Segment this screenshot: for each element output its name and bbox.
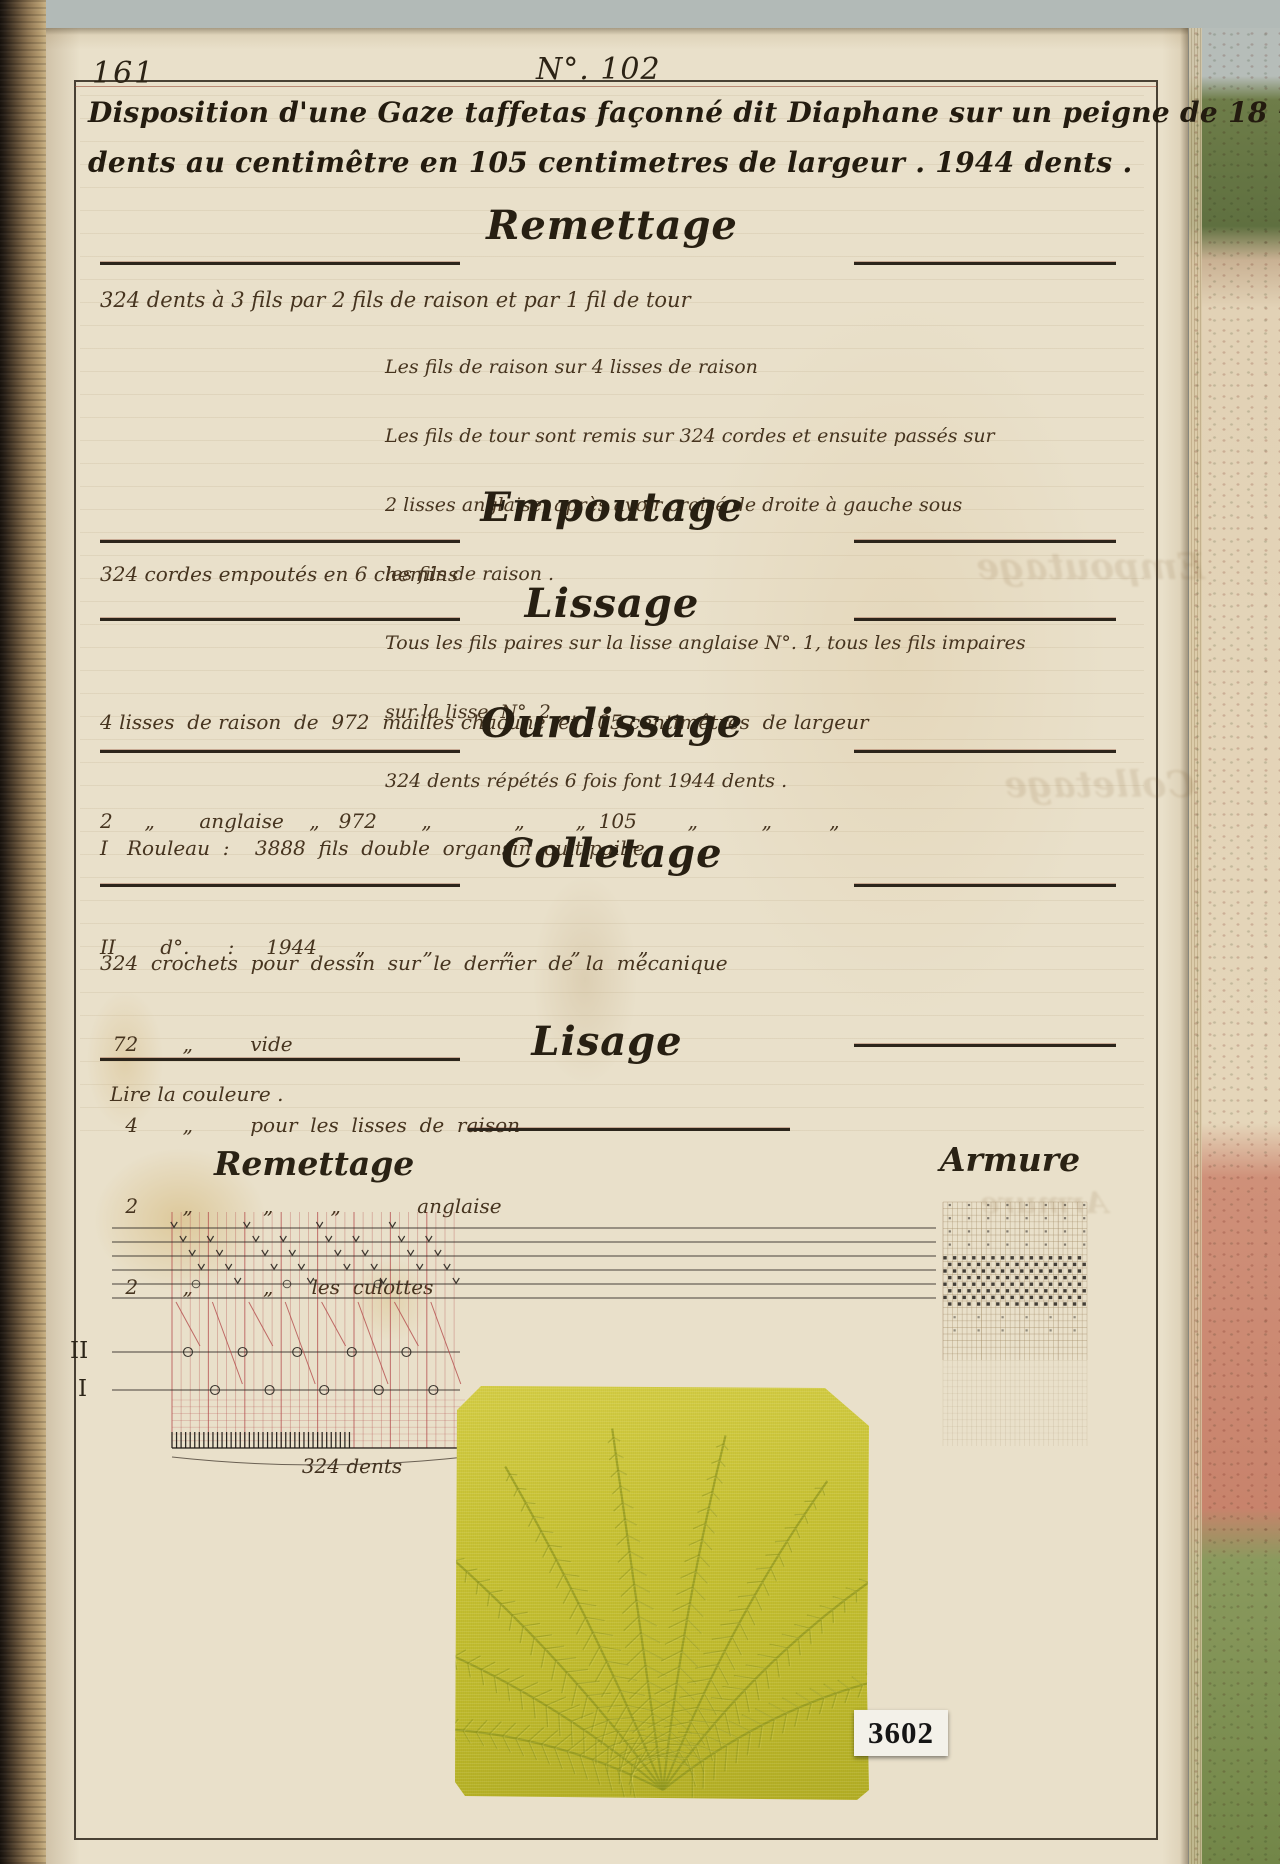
- draft-diagram-label: Remettage: [214, 1144, 414, 1183]
- manuscript-line: 324 crochets pour dessin sur le derrier …: [100, 950, 728, 977]
- section-rule: [854, 618, 1116, 621]
- dents-count-label: 324 dents: [252, 1454, 452, 1478]
- inventory-tag: 3602: [854, 1710, 948, 1756]
- section-heading-colletage: Colletage: [382, 830, 842, 877]
- section-rule: [854, 750, 1116, 753]
- section-rule: [100, 884, 460, 887]
- section-heading-empoutage: Empoutage: [382, 484, 842, 531]
- section-rule: [100, 750, 460, 753]
- section-heading-remettage: Remettage: [382, 202, 842, 249]
- manuscript-line: 4 „ pour les lisses de raison: [100, 1112, 728, 1139]
- lisse-anglaise-ii-label: II: [70, 1338, 88, 1364]
- section-rule: [100, 618, 460, 621]
- section-rule: [854, 262, 1116, 265]
- page-top-shadow: [46, 28, 1188, 35]
- book-gutter: [0, 0, 46, 1864]
- folio-number: 161: [92, 56, 155, 91]
- section-rule: [100, 1058, 460, 1061]
- fabric-weave-texture: [455, 1386, 869, 1800]
- manuscript-line: Les fils de tour sont remis sur 324 cord…: [385, 425, 1026, 448]
- page-title-line-2: dents au centimêtre en 105 centimetres d…: [88, 146, 1133, 179]
- section-rule: [854, 1044, 1116, 1047]
- section-rule: [100, 262, 460, 265]
- remettage-intro-line: 324 dents à 3 fils par 2 fils de raison …: [100, 288, 691, 312]
- section-rule: [100, 540, 460, 543]
- armure-diagram: [935, 1198, 1105, 1453]
- book-scan: Empoutage Colletage Armure 161 N°. 102 D…: [0, 0, 1280, 1864]
- section-rule: [854, 540, 1116, 543]
- pattern-number: N°. 102: [536, 52, 661, 87]
- fabric-swatch: [455, 1386, 869, 1800]
- section-heading-ourdissage: Ourdissage: [382, 700, 842, 747]
- section-rule: [854, 884, 1116, 887]
- manuscript-line: Les fils de raison sur 4 lisses de raiso…: [385, 356, 1026, 379]
- page-edge-shadow: [1180, 28, 1189, 1864]
- section-rule: [468, 1128, 790, 1131]
- page-title-line-1: Disposition d'une Gaze taffetas façonné …: [88, 96, 1280, 129]
- lisse-anglaise-i-label: I: [78, 1376, 87, 1402]
- book-fore-edge: [1189, 28, 1280, 1864]
- armure-diagram-label: Armure: [924, 1140, 1096, 1179]
- lisage-line: Lire la couleure .: [110, 1082, 283, 1106]
